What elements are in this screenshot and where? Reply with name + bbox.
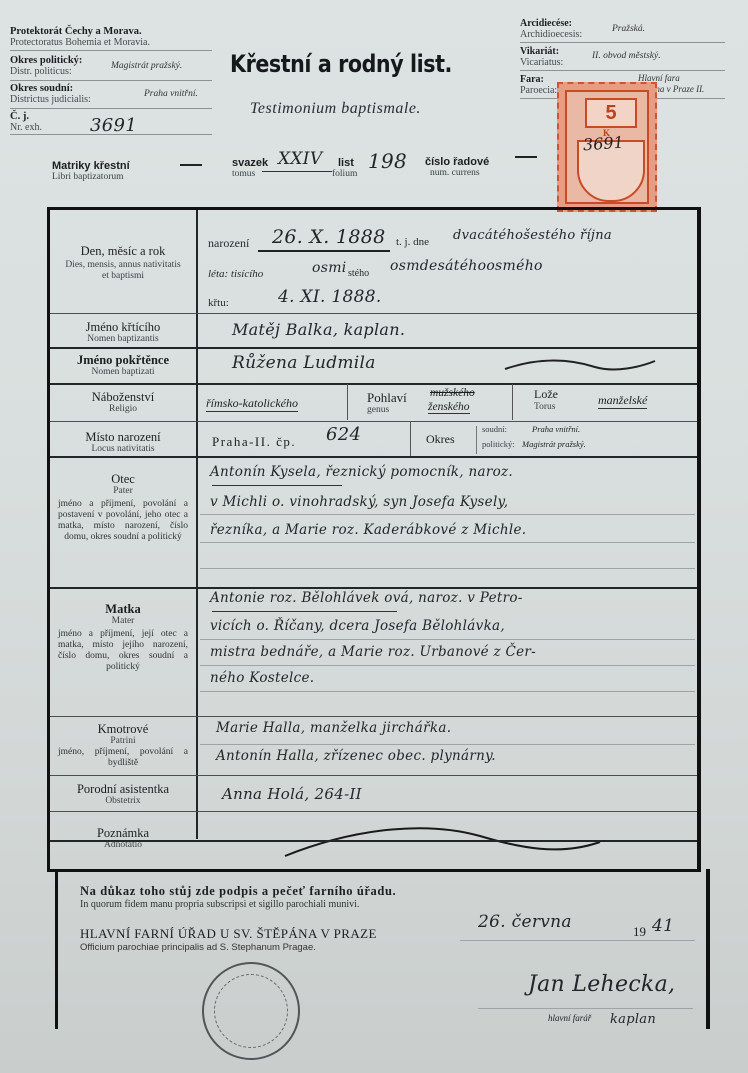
religion-value: římsko-katolického [206,396,298,412]
godparents-desc: jméno, příjmení, povolání a bydliště [50,747,196,769]
serial-number-dash [515,156,537,158]
birth-label: narození [208,236,249,251]
bed-value: manželské [598,393,647,409]
mother-rule [200,665,695,666]
archdiocese-value: Pražská. [612,24,645,34]
baptizer-label: Jméno křtícího Nomen baptizantis [50,320,196,345]
parish-seal-icon [202,962,300,1060]
date-label-la: Dies, mensis, annus nativitatis et bapti… [50,258,196,282]
court-district-value: Praha vnitřní. [532,424,580,434]
reference-number-row: Č. j. Nr. exh. 3691 [10,111,212,135]
folio-label: list [338,157,354,169]
baptizer-value: Matěj Balka, kaplan. [232,320,405,339]
volume-value: XXIV [278,149,322,169]
folio-value: 198 [368,149,407,173]
row-divider [50,456,697,458]
mother-line-4: ného Kostelce. [210,670,314,686]
note-label: Poznámka Adnotatio [50,826,196,851]
birthplace-label-la: Locus nativitatis [50,444,196,455]
birth-date-value: 26. X. 1888 [272,226,386,248]
religion-label-la: Religio [50,404,196,415]
issue-year-prefix: 19 [633,924,646,940]
judicial-district-row: Okres soudní: Districtus judicialis: Pra… [10,83,212,109]
birthplace-label-cz: Místo narození [50,430,196,444]
father-line-1: Antonín Kysela, řeznický pomocník, naroz… [210,464,513,480]
document-title: Křestní a rodný list. [230,50,452,78]
table-bottom-rule [50,840,697,842]
record-table: Den, měsíc a rok Dies, mensis, annus nat… [47,207,701,872]
godparent-1: Marie Halla, manželka jirchářka. [216,720,451,736]
date-label-cz: Den, měsíc a rok [50,244,196,258]
father-rule [200,542,695,543]
row-divider [50,383,697,385]
mother-label-cz: Matka [50,602,196,616]
folio-label-la: folium [332,169,357,179]
row-divider [50,775,697,776]
row-divider [50,716,697,717]
religion-label-cz: Náboženství [50,390,196,404]
baptizer-label-la: Nomen baptizantis [50,334,196,345]
parish-office-la: Officium parochiae principalis ad S. Ste… [80,942,316,953]
religion-label: Náboženství Religio [50,390,196,415]
signature-rule [478,1008,693,1009]
day-value: dvacátéhošestého října [453,228,612,243]
midwife-label-la: Obstetrix [50,796,196,807]
mother-line-2: vicích o. Říčany, dcera Josefa Bělohlávk… [210,618,505,634]
father-label-cz: Otec [50,472,196,486]
label-column-separator [196,210,198,839]
note-blank-stroke [280,822,610,862]
mother-label-la: Mater [50,616,196,627]
protectorate-la: Protectoratus Bohemia et Moravia. [10,37,212,48]
mother-line-1: Antonie roz. Bělohlávek ová, naroz. v Pe… [210,590,523,606]
stamp-handwritten-number: 3691 [582,133,624,155]
district-label: Okres [426,432,455,447]
godparents-label: Kmotrové Patrini jméno, příjmení, povolá… [50,722,196,769]
note-label-cz: Poznámka [50,826,196,840]
issue-year-value: 41 [652,916,674,936]
sex-struck-option: mužského [430,387,475,399]
stamp-frame: 5 K 3691 [565,90,649,204]
attestation-cz: Na důkaz toho stůj zde podpis a pečeť fa… [80,884,396,899]
baptized-label: Jméno pokřtěnce Nomen baptizati [50,353,196,378]
godparent-2: Antonín Halla, zřízenec obec. plynárny. [216,748,496,764]
bed-label-la: Torus [534,402,556,412]
registry-label: Matriky křestní [52,160,130,172]
house-number-value: 624 [326,424,361,445]
midwife-value: Anna Holá, 264-II [222,785,362,803]
registry-dash [180,164,202,166]
serial-number-label-la: num. currens [430,168,480,178]
district-separator [410,421,411,457]
stamp-value: 5 [585,98,637,128]
archdiocese-row: Arcidiecése: Archidioecesis: Pražská. [520,18,725,43]
sex-separator [347,384,348,420]
court-district-label: soudní: [482,424,507,434]
mother-line-3: mistra bednáře, a Marie roz. Urbanové z … [210,644,536,660]
sex-label-la: genus [367,405,389,415]
political-district-row: Okres politický: Distr. politicus: Magis… [10,55,212,81]
role-printed: hlavní farář [548,1013,591,1023]
baptism-date-value: 4. XI. 1888. [278,287,382,307]
baptized-label-cz: Jméno pokřtěnce [50,353,196,367]
row-divider [50,347,697,349]
sex-value: ženského [428,401,470,414]
mother-rule [200,691,695,692]
registry-label-la: Libri baptizatorum [52,172,124,182]
attestation-la: In quorum fidem manu propria subscripsi … [80,899,359,910]
revenue-stamp: 5 K 3691 [557,82,657,212]
date-rule [460,940,695,941]
political-district-label-row: politický: [482,439,515,449]
year-label-2: stého [348,268,369,279]
father-desc: jméno a příjmení, povolání a postavení v… [50,499,196,543]
father-line-2: v Michli o. vinohradský, syn Josefa Kyse… [210,494,508,510]
seal-inner-ring [214,974,288,1048]
midwife-label: Porodní asistentka Obstetrix [50,782,196,807]
row-divider [50,811,697,812]
serial-number-label: číslo řadové [425,156,489,168]
volume-label: svazek [232,157,268,169]
bed-separator [512,384,513,420]
birth-date-underline [258,250,390,252]
judicial-district-value: Praha vnitřní. [144,89,198,99]
father-underline [212,485,342,486]
mother-rule [200,639,695,640]
document-subtitle: Testimonium baptismale. [250,100,421,118]
protectorate-header: Protektorát Čechy a Morava. Protectoratu… [10,26,212,51]
baptism-label: křtu: [208,297,229,309]
protectorate-cz: Protektorát Čechy a Morava. [10,26,212,37]
row-divider [50,587,697,589]
reference-number-value: 3691 [90,115,137,136]
volume-label-la: tomus [232,169,255,179]
vicariate-row: Vikariát: Vicariatus: II. obvod městský. [520,46,725,71]
blank-stroke [500,355,660,375]
father-line-3: řezníka, a Marie roz. Kaderábkové z Mich… [210,522,526,538]
godparents-label-cz: Kmotrové [50,722,196,736]
mother-desc: jméno a příjmení, její otec a matka, mís… [50,629,196,673]
birthplace-label: Místo narození Locus nativitatis [50,430,196,455]
father-rule [200,568,695,569]
vicariate-value: II. obvod městský. [592,51,661,61]
role-handwritten: kaplan [610,1012,656,1027]
political-district-value-row: Magistrát pražský. [522,439,586,449]
year-value-1: osmi [312,260,347,276]
father-rule [200,514,695,515]
row-divider [50,313,697,314]
priest-signature: Jan Lehecka, [528,972,675,997]
father-label: Otec Pater jméno a příjmení, povolání a … [50,472,196,543]
bed-label: Lože [534,387,558,402]
godparents-rule [200,744,695,745]
midwife-label-cz: Porodní asistentka [50,782,196,796]
birthplace-city: Praha-II. čp. [212,434,296,450]
baptized-name-value: Růžena Ludmila [232,353,376,373]
row-divider [50,421,697,422]
day-label: t. j. dne [396,236,429,248]
baptizer-label-cz: Jméno křtícího [50,320,196,334]
father-label-la: Pater [50,486,196,497]
godparents-label-la: Patrini [50,736,196,747]
political-district-value: Magistrát pražský. [111,61,182,71]
mother-label: Matka Mater jméno a příjmení, její otec … [50,602,196,673]
mother-underline [212,611,397,612]
baptized-label-la: Nomen baptizati [50,367,196,378]
date-label: Den, měsíc a rok Dies, mensis, annus nat… [50,244,196,282]
district-bracket [476,426,477,454]
parish-office-name: HLAVNÍ FARNÍ ÚŘAD U SV. ŠTĚPÁNA V PRAZE [80,926,377,942]
year-value-2: osmdesátéhoosmého [390,258,543,274]
year-label: léta: tisícího [208,268,263,280]
issue-date-value: 26. června [478,912,572,932]
volume-underline [262,171,332,172]
sex-label: Pohlaví [367,390,407,406]
